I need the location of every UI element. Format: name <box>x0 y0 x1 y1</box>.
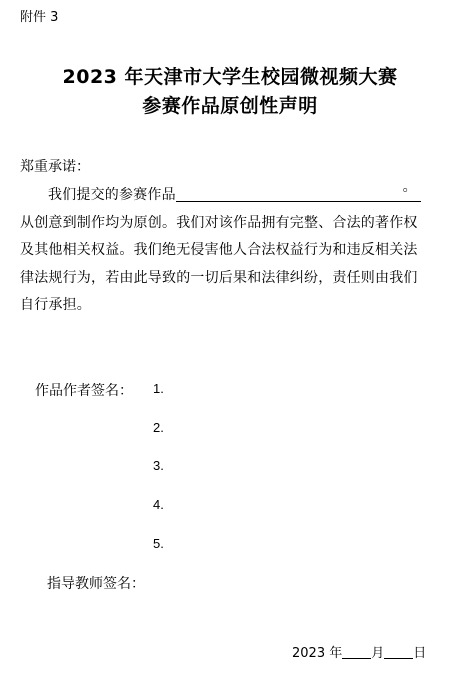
document-subtitle: 参赛作品原创性声明 <box>0 91 460 118</box>
author-signature-4[interactable]: 4. <box>153 497 164 512</box>
day-field[interactable] <box>384 645 413 659</box>
advisor-signature-label: 指导教师签名： <box>47 573 145 593</box>
date-month-unit: 月 <box>371 646 384 661</box>
month-field[interactable] <box>342 645 371 659</box>
declaration-lead: 我们提交的参赛作品 <box>48 187 176 203</box>
author-signature-1[interactable]: 1. <box>153 381 164 396</box>
author-signature-label: 作品作者签名： <box>35 380 133 400</box>
date-day-unit: 日 <box>413 646 426 661</box>
salutation: 郑重承诺： <box>20 156 90 176</box>
declaration-lead-line: 我们提交的参赛作品。 <box>20 182 440 210</box>
declaration-paragraph: 我们提交的参赛作品。 从创意到制作均为原创。我们对该作品拥有完整、合法的著作权 … <box>20 182 440 320</box>
signing-date: 2023 年月日 <box>292 642 426 661</box>
declaration-line: 自行承担。 <box>20 292 440 320</box>
declaration-line: 从创意到制作均为原创。我们对该作品拥有完整、合法的著作权 <box>20 210 440 238</box>
work-title-field[interactable]: 。 <box>176 186 421 202</box>
declaration-line: 及其他相关权益。我们绝无侵害他人合法权益行为和违反相关法 <box>20 237 440 265</box>
author-signature-5[interactable]: 5. <box>153 536 164 551</box>
declaration-line: 律法规行为，若由此导致的一切后果和法律纠纷，责任则由我们 <box>20 265 440 293</box>
date-year-unit: 年 <box>329 646 342 661</box>
document-title: 2023 年天津市大学生校园微视频大赛 <box>0 62 460 89</box>
author-signature-2[interactable]: 2. <box>153 420 164 435</box>
date-year: 2023 <box>292 646 325 661</box>
attachment-label: 附件 3 <box>20 6 58 25</box>
author-signature-3[interactable]: 3. <box>153 458 164 473</box>
period: 。 <box>403 174 417 202</box>
